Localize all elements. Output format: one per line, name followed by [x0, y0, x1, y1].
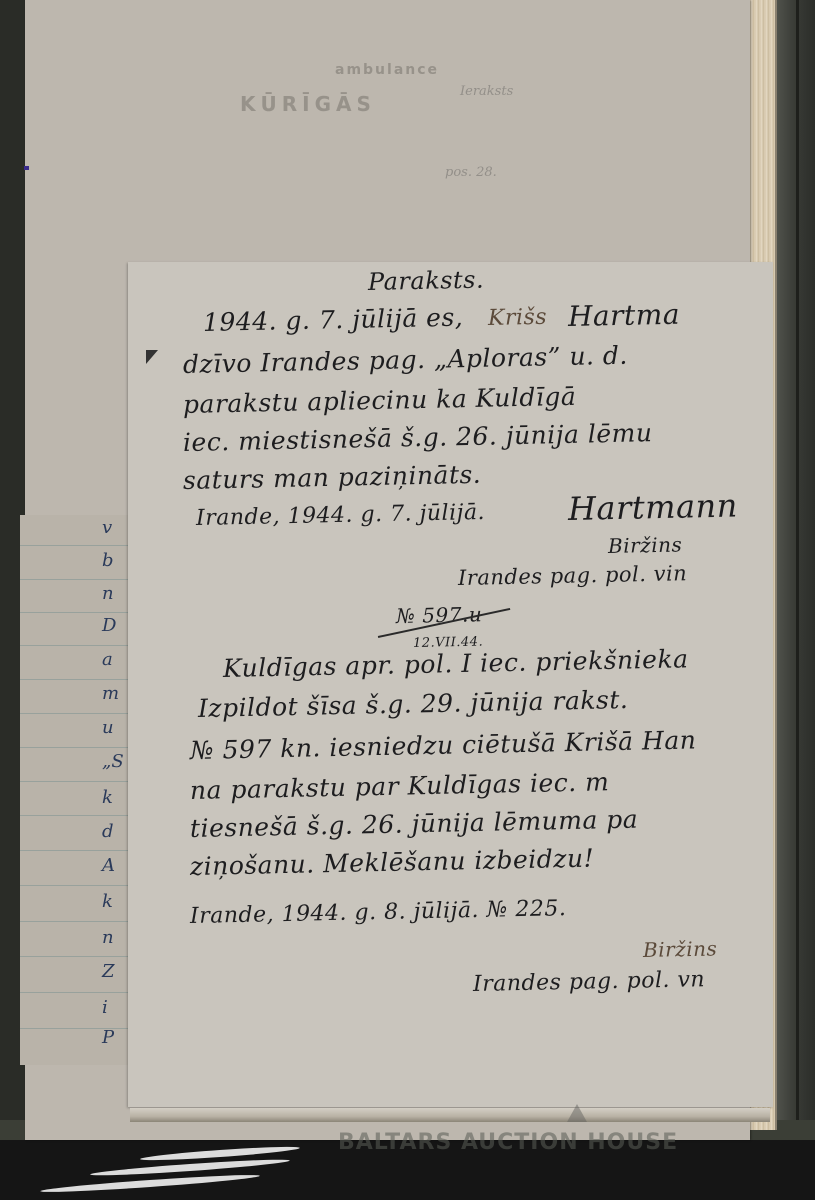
note-place-date: Irande, 1944. g. 7. jūlijā. [196, 500, 486, 531]
pencil-note: Ieraksts [460, 84, 513, 99]
note-line: Hartma [568, 298, 681, 333]
lined-sheet-left: v b n D a m u „S k d A k n Z i P [20, 515, 140, 1065]
left-fragment: „S [102, 751, 124, 772]
left-fragment: n [102, 927, 114, 948]
corner-mark [146, 350, 158, 364]
folder-spine [796, 0, 799, 1150]
form-heading-faint: KŪRĪGĀS [240, 92, 376, 116]
left-fragment: u [102, 717, 114, 738]
left-fragment: Z [102, 961, 115, 982]
note-title: Paraksts. [368, 266, 485, 296]
note-line: iec. miestisnešā š.g. 26. jūnija lēmu [183, 418, 653, 457]
note-place-date: Irande, 1944. g. 8. jūlijā. № 225. [190, 896, 567, 929]
watermark: BALTARS AUCTION HOUSE [338, 1130, 758, 1155]
left-fragment: P [102, 1027, 114, 1048]
left-fragment: i [102, 997, 108, 1018]
left-fragment: v [102, 517, 112, 538]
note-line: parakstu apliecinu ka Kuldīgā [183, 382, 577, 419]
left-fragment: d [102, 821, 114, 842]
form-heading-faint: ambulance [335, 62, 439, 78]
note-line: saturs man paziņināts. [183, 460, 482, 495]
note-signature: Hartmann [568, 486, 739, 528]
left-fragment: D [102, 615, 116, 636]
left-fragment: m [102, 683, 119, 704]
left-fragment: n [102, 583, 114, 604]
note-signature: Biržins [643, 936, 718, 962]
note-line: na parakstu par Kuldīgas iec. m [190, 767, 610, 805]
note-line: 1944. g. 7. jūlijā es, [203, 303, 464, 337]
left-fragment: a [102, 649, 113, 670]
left-fragment: b [102, 550, 114, 571]
note-line: Izpildot šīsa š.g. 29. jūnija rakst. [198, 685, 629, 723]
note-line: № 597 kn. iesniedzu ciētušā Krišā Han [190, 725, 697, 765]
left-fragment: k [102, 787, 113, 808]
note-line: ziņošanu. Meklēšanu izbeidzu! [190, 844, 595, 881]
watermark-crown-icon [567, 1104, 587, 1122]
left-fragment: A [102, 855, 115, 876]
page-stack-bottom-edge [130, 1108, 770, 1122]
left-fragment: k [102, 891, 113, 912]
note-name-inserted: Krišs [488, 305, 548, 331]
note-role: Irandes pag. pol. vn [473, 967, 706, 997]
handwritten-note: Paraksts. 1944. g. 7. jūlijā es, Krišs H… [128, 262, 773, 1107]
note-role: Irandes pag. pol. vin [458, 561, 688, 590]
note-line: tiesnešā š.g. 26. jūnija lēmuma pa [190, 805, 639, 843]
pencil-note: pos. 28. [445, 165, 497, 180]
note-signature: Biržins [608, 532, 683, 558]
ink-mark [24, 166, 29, 170]
note-line: dzīvo Irandes pag. „Aploras” u. d. [183, 341, 628, 379]
note-line: Kuldīgas apr. pol. I iec. priekšnieka [223, 644, 689, 683]
